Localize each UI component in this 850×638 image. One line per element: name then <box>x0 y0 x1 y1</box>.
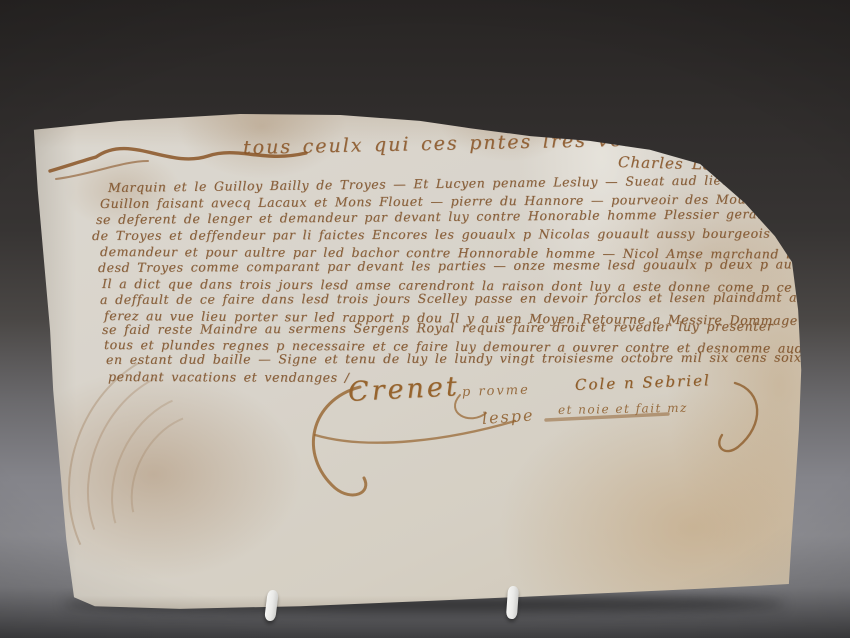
signature-right-note-below: et noie et fait mz <box>558 401 688 417</box>
manuscript-line: en estant dud baille — Signe et tenu de … <box>106 349 850 367</box>
manuscript-line: de Troyes et deffendeur par li faictes E… <box>92 225 840 243</box>
signature-left-note-below: lespe <box>481 405 535 428</box>
manuscript-line: a deffault de ce faire dans lesd trois j… <box>100 289 837 307</box>
manuscript-closing-line: pendant vacations et vendanges / <box>108 369 350 385</box>
display-stand-peg <box>506 586 519 620</box>
photo-stage: tous ceulx qui ces pntes lres verront Ch… <box>0 0 850 638</box>
parchment-document: tous ceulx qui ces pntes lres verront Ch… <box>30 95 802 622</box>
display-stand-peg <box>264 589 279 621</box>
signature-left: Crenet <box>347 371 460 408</box>
signature-left-note-right: p rovme <box>462 383 530 400</box>
